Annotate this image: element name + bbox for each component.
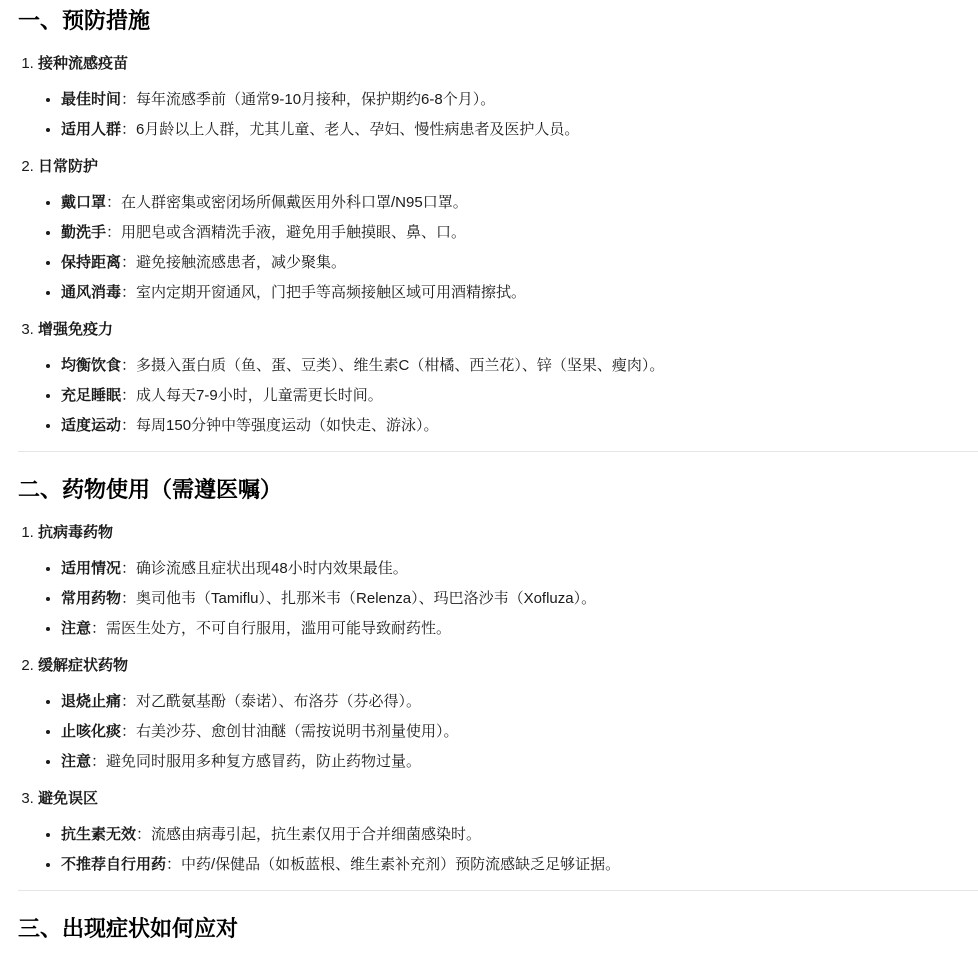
bullet-item-label: 不推荐自行用药 <box>61 856 166 873</box>
bullet-item: 通风消毒：室内定期开窗通风，门把手等高频接触区域可用酒精擦拭。 <box>61 284 978 302</box>
bullet-item: 适用情况：确诊流感且症状出现48小时内效果最佳。 <box>61 560 978 578</box>
numbered-item: 抗病毒药物 适用情况：确诊流感且症状出现48小时内效果最佳。 常用药物：奥司他韦… <box>38 524 978 638</box>
bullet-item-label: 注意 <box>61 620 91 637</box>
bullet-item: 常用药物：奥司他韦（Tamiflu）、扎那米韦（Relenza）、玛巴洛沙韦（X… <box>61 590 978 608</box>
bullet-list: 均衡饮食：多摄入蛋白质（鱼、蛋、豆类）、维生素C（柑橘、西兰花）、锌（坚果、瘦肉… <box>38 357 978 435</box>
bullet-item: 止咳化痰：右美沙芬、愈创甘油醚（需按说明书剂量使用）。 <box>61 723 978 741</box>
bullet-item-label: 注意 <box>61 753 91 770</box>
bullet-item-text: ：避免同时服用多种复方感冒药，防止药物过量。 <box>91 753 421 770</box>
document-body: 一、预防措施 接种流感疫苗 最佳时间：每年流感季前（通常9-10月接种，保护期约… <box>0 0 978 943</box>
bullet-item-label: 退烧止痛 <box>61 693 121 710</box>
bullet-item: 注意：避免同时服用多种复方感冒药，防止药物过量。 <box>61 753 978 771</box>
bullet-item-text: ：每年流感季前（通常9-10月接种，保护期约6-8个月）。 <box>121 91 495 108</box>
bullet-item-text: ：对乙酰氨基酚（泰诺）、布洛芬（芬必得）。 <box>121 693 421 710</box>
numbered-item-label: 避免误区 <box>38 790 98 807</box>
bullet-item: 抗生素无效：流感由病毒引起，抗生素仅用于合并细菌感染时。 <box>61 826 978 844</box>
bullet-item-label: 常用药物 <box>61 590 121 607</box>
bullet-item-label: 最佳时间 <box>61 91 121 108</box>
bullet-item-label: 适用人群 <box>61 121 121 138</box>
bullet-item: 退烧止痛：对乙酰氨基酚（泰诺）、布洛芬（芬必得）。 <box>61 693 978 711</box>
bullet-item-label: 勤洗手 <box>61 224 106 241</box>
numbered-item-label: 接种流感疫苗 <box>38 55 128 72</box>
document-section: 二、药物使用（需遵医嘱） 抗病毒药物 适用情况：确诊流感且症状出现48小时内效果… <box>18 476 978 891</box>
bullet-item-label: 均衡饮食 <box>61 357 121 374</box>
numbered-item-label: 抗病毒药物 <box>38 524 113 541</box>
numbered-item: 增强免疫力 均衡饮食：多摄入蛋白质（鱼、蛋、豆类）、维生素C（柑橘、西兰花）、锌… <box>38 321 978 435</box>
bullet-item: 注意：需医生处方，不可自行服用，滥用可能导致耐药性。 <box>61 620 978 638</box>
numbered-item: 缓解症状药物 退烧止痛：对乙酰氨基酚（泰诺）、布洛芬（芬必得）。 止咳化痰：右美… <box>38 657 978 771</box>
bullet-item-text: ：中药/保健品（如板蓝根、维生素补充剂）预防流感缺乏足够证据。 <box>166 856 620 873</box>
section-heading: 二、药物使用（需遵医嘱） <box>18 476 978 504</box>
bullet-item: 均衡饮食：多摄入蛋白质（鱼、蛋、豆类）、维生素C（柑橘、西兰花）、锌（坚果、瘦肉… <box>61 357 978 375</box>
bullet-item-text: ：多摄入蛋白质（鱼、蛋、豆类）、维生素C（柑橘、西兰花）、锌（坚果、瘦肉）。 <box>121 357 664 374</box>
bullet-item-text: ：室内定期开窗通风，门把手等高频接触区域可用酒精擦拭。 <box>121 284 526 301</box>
bullet-item: 勤洗手：用肥皂或含酒精洗手液，避免用手触摸眼、鼻、口。 <box>61 224 978 242</box>
bullet-item-label: 止咳化痰 <box>61 723 121 740</box>
bullet-item-label: 适度运动 <box>61 417 121 434</box>
bullet-list: 最佳时间：每年流感季前（通常9-10月接种，保护期约6-8个月）。 适用人群：6… <box>38 91 978 139</box>
bullet-item-label: 通风消毒 <box>61 284 121 301</box>
bullet-item-text: ：成人每天7-9小时，儿童需更长时间。 <box>121 387 383 404</box>
document-section: 三、出现症状如何应对 <box>18 915 978 943</box>
section-divider <box>18 451 978 452</box>
section-heading: 一、预防措施 <box>18 7 978 35</box>
numbered-item-list: 抗病毒药物 适用情况：确诊流感且症状出现48小时内效果最佳。 常用药物：奥司他韦… <box>18 524 978 874</box>
bullet-item-text: ：每周150分钟中等强度运动（如快走、游泳）。 <box>121 417 439 434</box>
bullet-item: 适用人群：6月龄以上人群，尤其儿童、老人、孕妇、慢性病患者及医护人员。 <box>61 121 978 139</box>
bullet-item-text: ：确诊流感且症状出现48小时内效果最佳。 <box>121 560 408 577</box>
bullet-list: 退烧止痛：对乙酰氨基酚（泰诺）、布洛芬（芬必得）。 止咳化痰：右美沙芬、愈创甘油… <box>38 693 978 771</box>
bullet-item-label: 保持距离 <box>61 254 121 271</box>
numbered-item: 日常防护 戴口罩：在人群密集或密闭场所佩戴医用外科口罩/N95口罩。 勤洗手：用… <box>38 158 978 302</box>
bullet-item-label: 适用情况 <box>61 560 121 577</box>
bullet-item: 充足睡眠：成人每天7-9小时，儿童需更长时间。 <box>61 387 978 405</box>
bullet-item-text: ：需医生处方，不可自行服用，滥用可能导致耐药性。 <box>91 620 451 637</box>
section-heading: 三、出现症状如何应对 <box>18 915 978 943</box>
bullet-item-text: ：在人群密集或密闭场所佩戴医用外科口罩/N95口罩。 <box>106 194 468 211</box>
bullet-item-label: 抗生素无效 <box>61 826 136 843</box>
bullet-item-label: 戴口罩 <box>61 194 106 211</box>
bullet-item-text: ：用肥皂或含酒精洗手液，避免用手触摸眼、鼻、口。 <box>106 224 466 241</box>
bullet-item: 保持距离：避免接触流感患者，减少聚集。 <box>61 254 978 272</box>
section-divider <box>18 890 978 891</box>
document-section: 一、预防措施 接种流感疫苗 最佳时间：每年流感季前（通常9-10月接种，保护期约… <box>18 7 978 452</box>
numbered-item: 避免误区 抗生素无效：流感由病毒引起，抗生素仅用于合并细菌感染时。 不推荐自行用… <box>38 790 978 874</box>
numbered-item-label: 缓解症状药物 <box>38 657 128 674</box>
bullet-item: 最佳时间：每年流感季前（通常9-10月接种，保护期约6-8个月）。 <box>61 91 978 109</box>
numbered-item-label: 日常防护 <box>38 158 98 175</box>
bullet-item-text: ：奥司他韦（Tamiflu）、扎那米韦（Relenza）、玛巴洛沙韦（Xoflu… <box>121 590 596 607</box>
bullet-item-text: ：避免接触流感患者，减少聚集。 <box>121 254 346 271</box>
numbered-item: 接种流感疫苗 最佳时间：每年流感季前（通常9-10月接种，保护期约6-8个月）。… <box>38 55 978 139</box>
bullet-item-text: ：流感由病毒引起，抗生素仅用于合并细菌感染时。 <box>136 826 481 843</box>
bullet-item-text: ：右美沙芬、愈创甘油醚（需按说明书剂量使用）。 <box>121 723 459 740</box>
bullet-item-label: 充足睡眠 <box>61 387 121 404</box>
bullet-list: 抗生素无效：流感由病毒引起，抗生素仅用于合并细菌感染时。 不推荐自行用药：中药/… <box>38 826 978 874</box>
numbered-item-label: 增强免疫力 <box>38 321 113 338</box>
bullet-item: 适度运动：每周150分钟中等强度运动（如快走、游泳）。 <box>61 417 978 435</box>
bullet-item: 戴口罩：在人群密集或密闭场所佩戴医用外科口罩/N95口罩。 <box>61 194 978 212</box>
bullet-item-text: ：6月龄以上人群，尤其儿童、老人、孕妇、慢性病患者及医护人员。 <box>121 121 579 138</box>
numbered-item-list: 接种流感疫苗 最佳时间：每年流感季前（通常9-10月接种，保护期约6-8个月）。… <box>18 55 978 435</box>
bullet-list: 戴口罩：在人群密集或密闭场所佩戴医用外科口罩/N95口罩。 勤洗手：用肥皂或含酒… <box>38 194 978 302</box>
bullet-item: 不推荐自行用药：中药/保健品（如板蓝根、维生素补充剂）预防流感缺乏足够证据。 <box>61 856 978 874</box>
bullet-list: 适用情况：确诊流感且症状出现48小时内效果最佳。 常用药物：奥司他韦（Tamif… <box>38 560 978 638</box>
